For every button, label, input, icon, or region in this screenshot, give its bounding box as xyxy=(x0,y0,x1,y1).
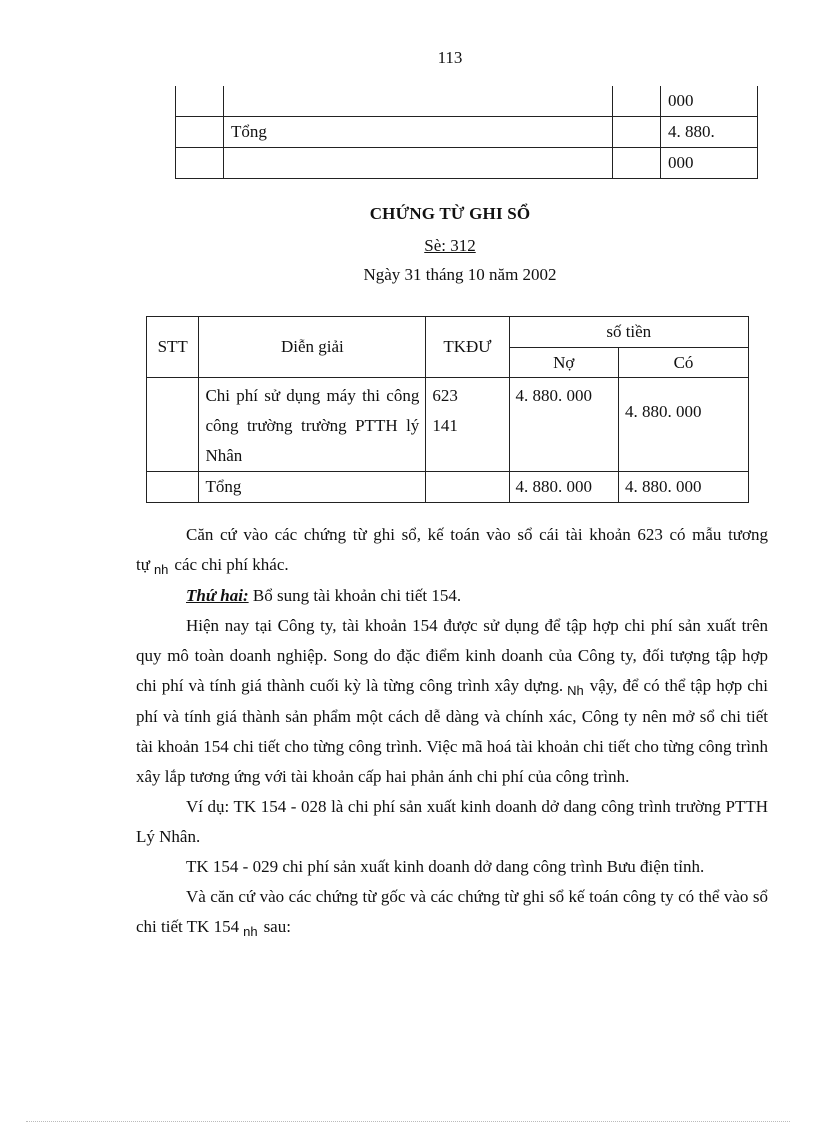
paragraph-text: các chi phí khác. xyxy=(174,555,288,574)
table-row: 000 xyxy=(176,148,758,179)
row-debit: 4. 880. 000 xyxy=(509,378,618,472)
voucher-date: Ngày 31 tháng 10 năm 2002 xyxy=(0,265,816,285)
table-cell xyxy=(613,117,661,148)
table-cell: 000 xyxy=(661,86,758,117)
row-credit-value: 4. 880. 000 xyxy=(625,397,742,427)
header-row: STT Diễn giải TKĐƯ số tiền xyxy=(147,317,749,348)
table-cell xyxy=(224,86,613,117)
paragraph: Căn cứ vào các chứng từ ghi sổ, kế toán … xyxy=(136,520,768,581)
page-number: 113 xyxy=(0,48,816,68)
paragraph-text: Và căn cứ vào các chứng từ gốc và các ch… xyxy=(136,887,768,936)
voucher-number: Sè: 312 xyxy=(0,236,816,256)
section-label: Thứ hai: xyxy=(186,586,249,605)
total-amount: 4. 880. xyxy=(661,117,758,148)
table-cell xyxy=(224,148,613,179)
header-stt: STT xyxy=(147,317,199,378)
account-credit: 141 xyxy=(432,411,502,441)
table-cell xyxy=(176,117,224,148)
paragraph: Ví dụ: TK 154 - 028 là chi phí sản xuất … xyxy=(136,792,768,852)
table-cell xyxy=(176,86,224,117)
table-cell xyxy=(613,86,661,117)
paragraph-text: nh xyxy=(243,924,257,939)
body-text: Căn cứ vào các chứng từ ghi sổ, kế toán … xyxy=(136,520,768,943)
header-amount: số tiền xyxy=(509,317,748,348)
continuation-table: 000 Tổng 4. 880. 000 xyxy=(175,86,758,179)
paragraph: Thứ hai: Bổ sung tài khoản chi tiết 154. xyxy=(136,581,768,611)
paragraph: Và căn cứ vào các chứng từ gốc và các ch… xyxy=(136,882,768,943)
table-row: Tổng 4. 880. xyxy=(176,117,758,148)
total-label: Tổng xyxy=(224,117,613,148)
row-accounts: 623 141 xyxy=(426,378,509,472)
table-cell xyxy=(176,148,224,179)
row-stt xyxy=(147,378,199,472)
voucher-title: CHỨNG TỪ GHI SỔ xyxy=(0,204,816,224)
table-cell xyxy=(613,148,661,179)
header-debit: Nợ xyxy=(509,348,618,378)
paragraph: TK 154 - 029 chi phí sản xuất kinh doanh… xyxy=(136,852,768,882)
total-row: Tổng 4. 880. 000 4. 880. 000 xyxy=(147,472,749,503)
total-debit: 4. 880. 000 xyxy=(509,472,618,503)
paragraph-text: Nh xyxy=(567,683,584,698)
voucher-number-text: Sè: 312 xyxy=(424,236,475,255)
total-stt xyxy=(147,472,199,503)
paragraph-text: Bổ sung tài khoản chi tiết 154. xyxy=(249,586,461,605)
table-cell: 000 xyxy=(661,148,758,179)
table-row: Chi phí sử dụng máy thi công công trường… xyxy=(147,378,749,472)
paragraph: Hiện nay tại Công ty, tài khoản 154 được… xyxy=(136,611,768,792)
table-row: 000 xyxy=(176,86,758,117)
account-debit: 623 xyxy=(432,381,502,411)
header-account: TKĐƯ xyxy=(426,317,509,378)
paragraph-text: sau: xyxy=(264,917,291,936)
total-account xyxy=(426,472,509,503)
page-divider xyxy=(26,1121,790,1122)
total-credit: 4. 880. 000 xyxy=(618,472,748,503)
header-credit: Có xyxy=(618,348,748,378)
paragraph-text: nh xyxy=(154,562,168,577)
total-label: Tổng xyxy=(199,472,426,503)
row-credit: 4. 880. 000 xyxy=(618,378,748,472)
row-description: Chi phí sử dụng máy thi công công trường… xyxy=(199,378,426,472)
voucher-table: STT Diễn giải TKĐƯ số tiền Nợ Có Chi phí… xyxy=(146,316,749,503)
header-description: Diễn giải xyxy=(199,317,426,378)
